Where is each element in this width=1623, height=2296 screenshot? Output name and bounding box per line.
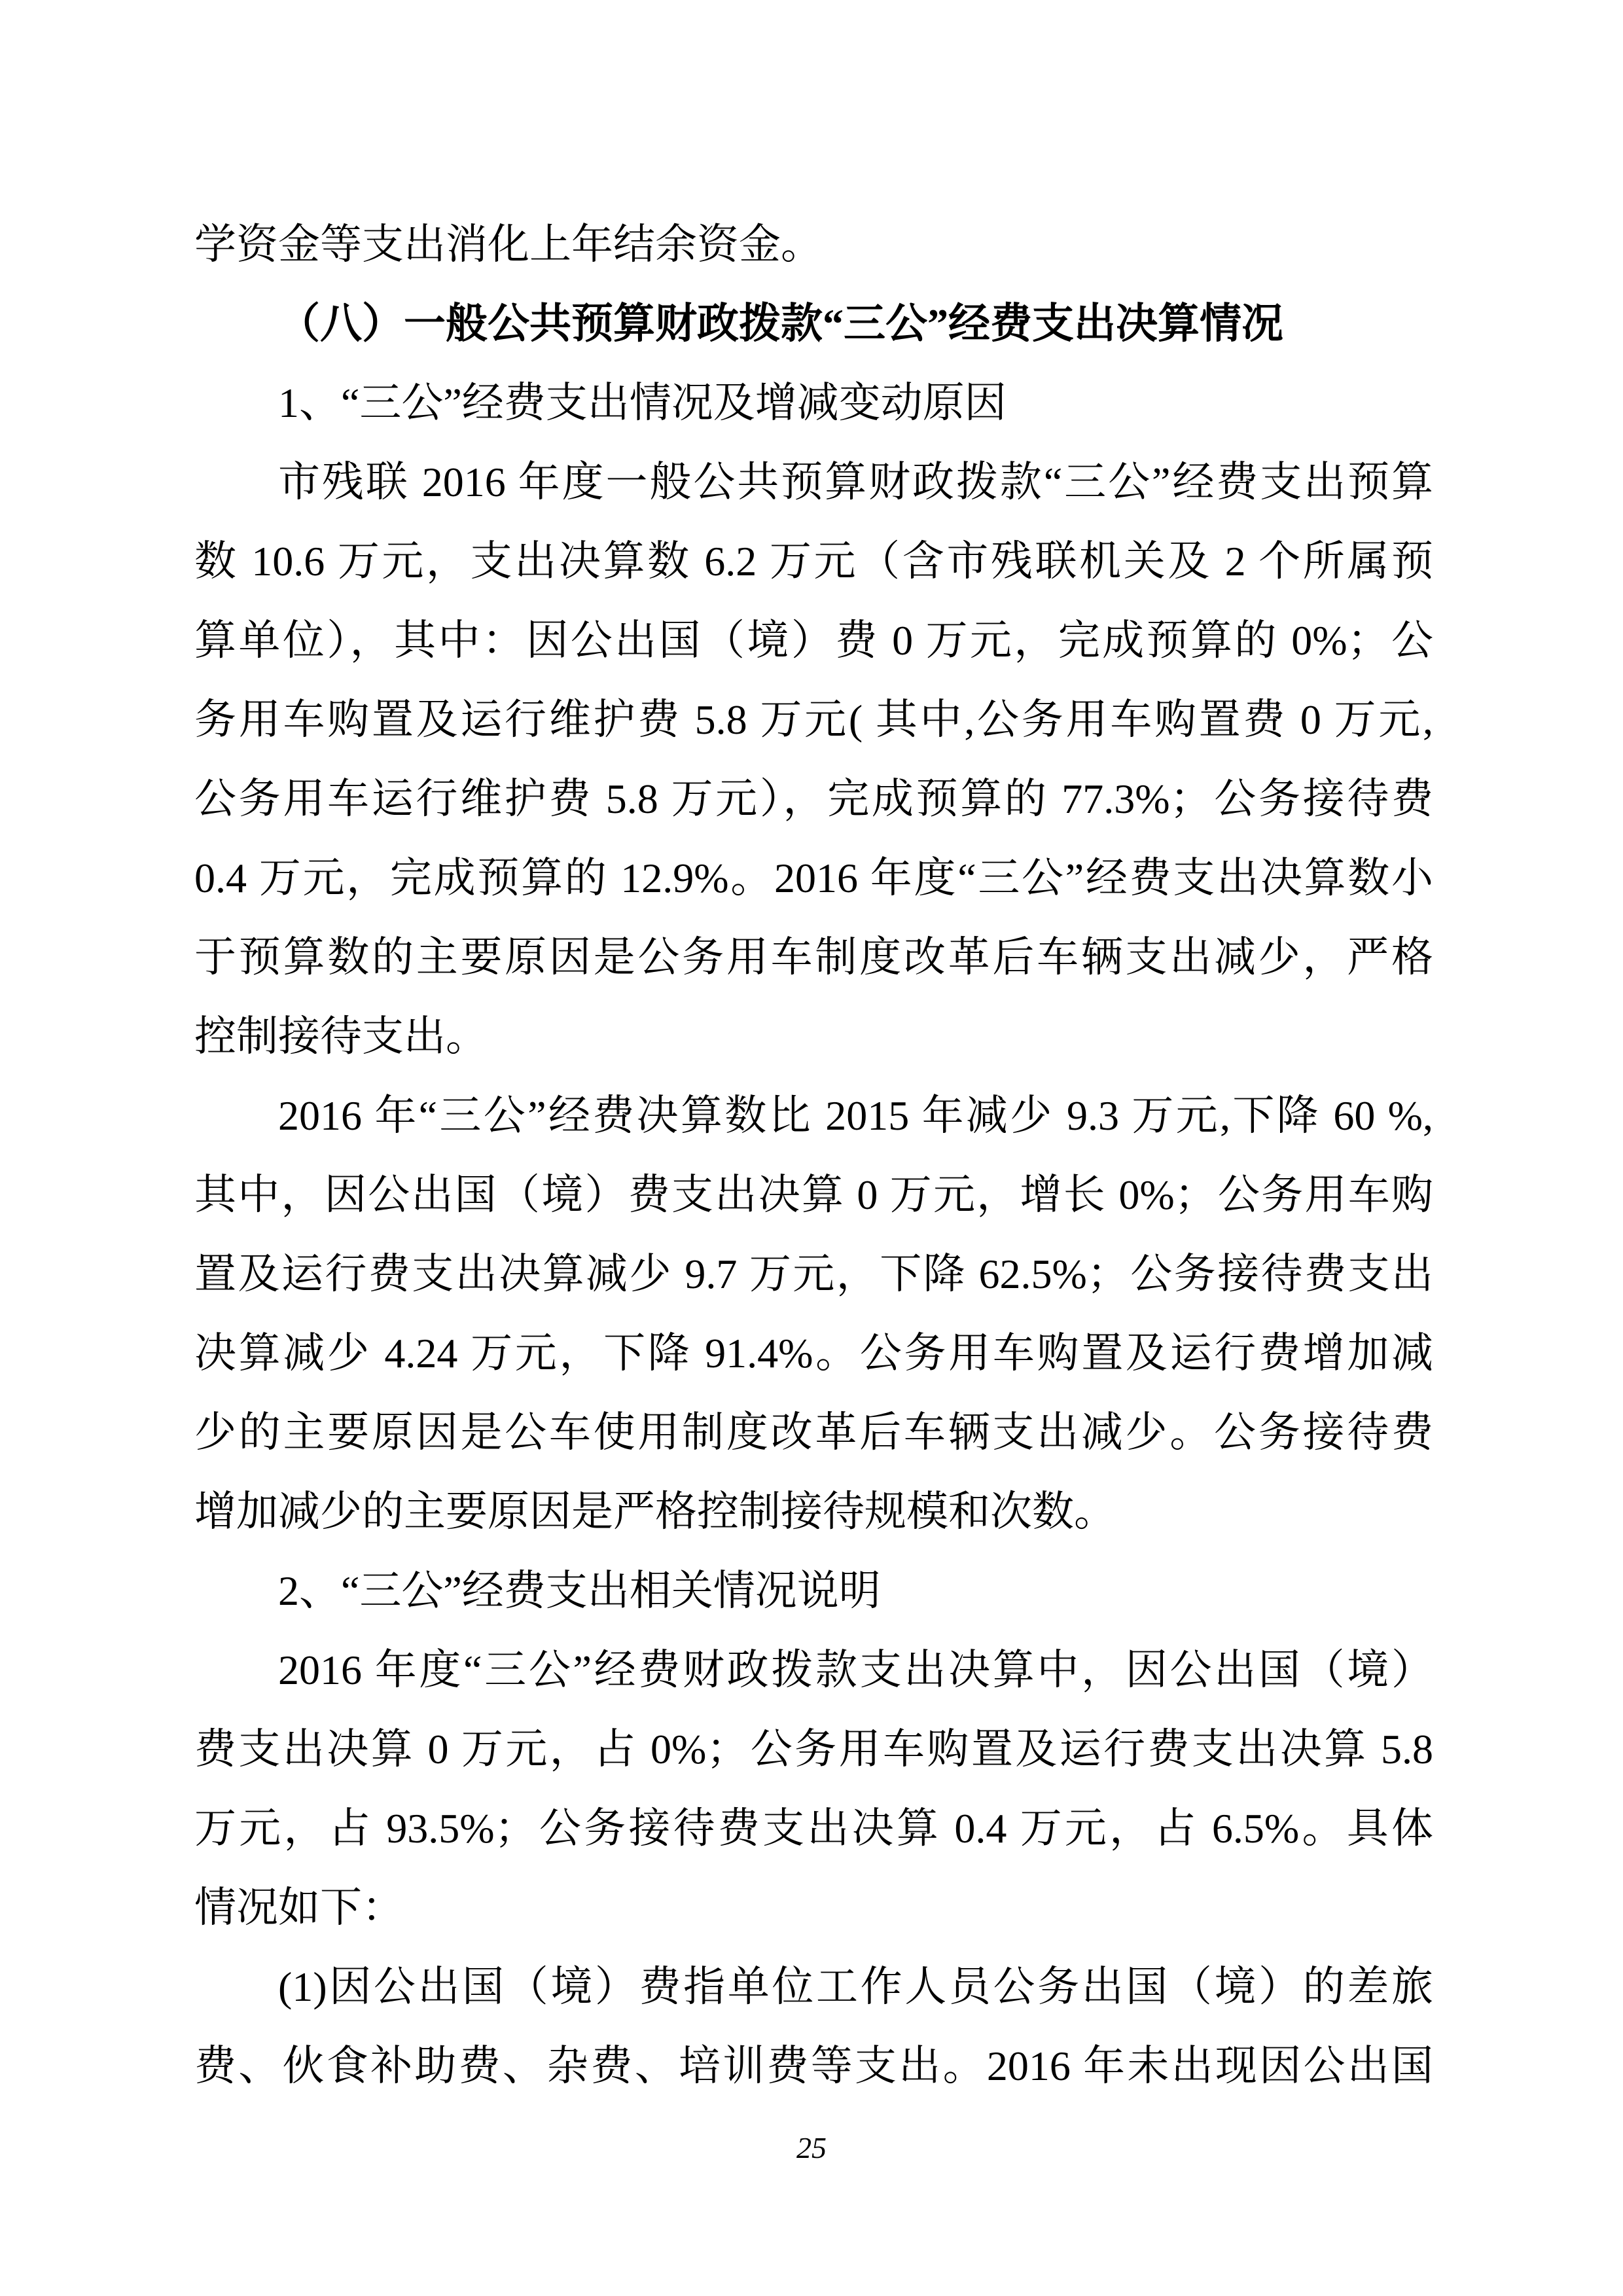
text-line: 0.4 万元，完成预算的 12.9%。2016 年度“三公”经费支出决算数小: [194, 838, 1433, 918]
text-line: 少的主要原因是公车使用制度改革后车辆支出减少。公务接待费: [194, 1393, 1433, 1472]
text-line: 学资金等支出消化上年结余资金。: [194, 205, 1433, 284]
text-line: 控制接待支出。: [194, 997, 1433, 1076]
text-line: 其中，因公出国（境）费支出决算 0 万元，增长 0%；公务用车购: [194, 1155, 1433, 1234]
text-line: (1)因公出国（境）费指单位工作人员公务出国（境）的差旅: [194, 1947, 1433, 2026]
subsection-heading-1: 1、“三公”经费支出情况及增减变动原因: [194, 363, 1433, 442]
text-line: 公务用车运行维护费 5.8 万元），完成预算的 77.3%；公务接待费: [194, 759, 1433, 838]
text-line: 费、伙食补助费、杂费、培训费等支出。2016 年未出现因公出国: [194, 2026, 1433, 2106]
text-line: 费支出决算 0 万元，占 0%；公务用车购置及运行费支出决算 5.8: [194, 1710, 1433, 1789]
text-line: 决算减少 4.24 万元，下降 91.4%。公务用车购置及运行费增加减: [194, 1314, 1433, 1393]
text-line: 增加减少的主要原因是严格控制接待规模和次数。: [194, 1472, 1433, 1551]
text-line: 置及运行费支出决算减少 9.7 万元，下降 62.5%；公务接待费支出: [194, 1234, 1433, 1314]
document-page: 学资金等支出消化上年结余资金。 （八）一般公共预算财政拨款“三公”经费支出决算情…: [0, 0, 1623, 2296]
text-line: 万元，占 93.5%；公务接待费支出决算 0.4 万元，占 6.5%。具体: [194, 1789, 1433, 1868]
subsection-heading-2: 2、“三公”经费支出相关情况说明: [194, 1551, 1433, 1630]
text-line: 情况如下：: [194, 1868, 1433, 1947]
section-heading: （八）一般公共预算财政拨款“三公”经费支出决算情况: [194, 284, 1433, 363]
text-line: 务用车购置及运行维护费 5.8 万元( 其中,公务用车购置费 0 万元,: [194, 680, 1433, 759]
text-line: 2016 年“三公”经费决算数比 2015 年减少 9.3 万元,下降 60 %…: [194, 1076, 1433, 1155]
text-line: 算单位），其中：因公出国（境）费 0 万元，完成预算的 0%；公: [194, 601, 1433, 680]
page-number: 25: [0, 2126, 1623, 2170]
text-line: 市残联 2016 年度一般公共预算财政拨款“三公”经费支出预算: [194, 442, 1433, 522]
text-line: 数 10.6 万元，支出决算数 6.2 万元（含市残联机关及 2 个所属预: [194, 522, 1433, 601]
text-line: 于预算数的主要原因是公务用车制度改革后车辆支出减少，严格: [194, 918, 1433, 997]
text-block: 学资金等支出消化上年结余资金。 （八）一般公共预算财政拨款“三公”经费支出决算情…: [194, 205, 1433, 2106]
text-line: 2016 年度“三公”经费财政拨款支出决算中，因公出国（境）: [194, 1630, 1433, 1710]
